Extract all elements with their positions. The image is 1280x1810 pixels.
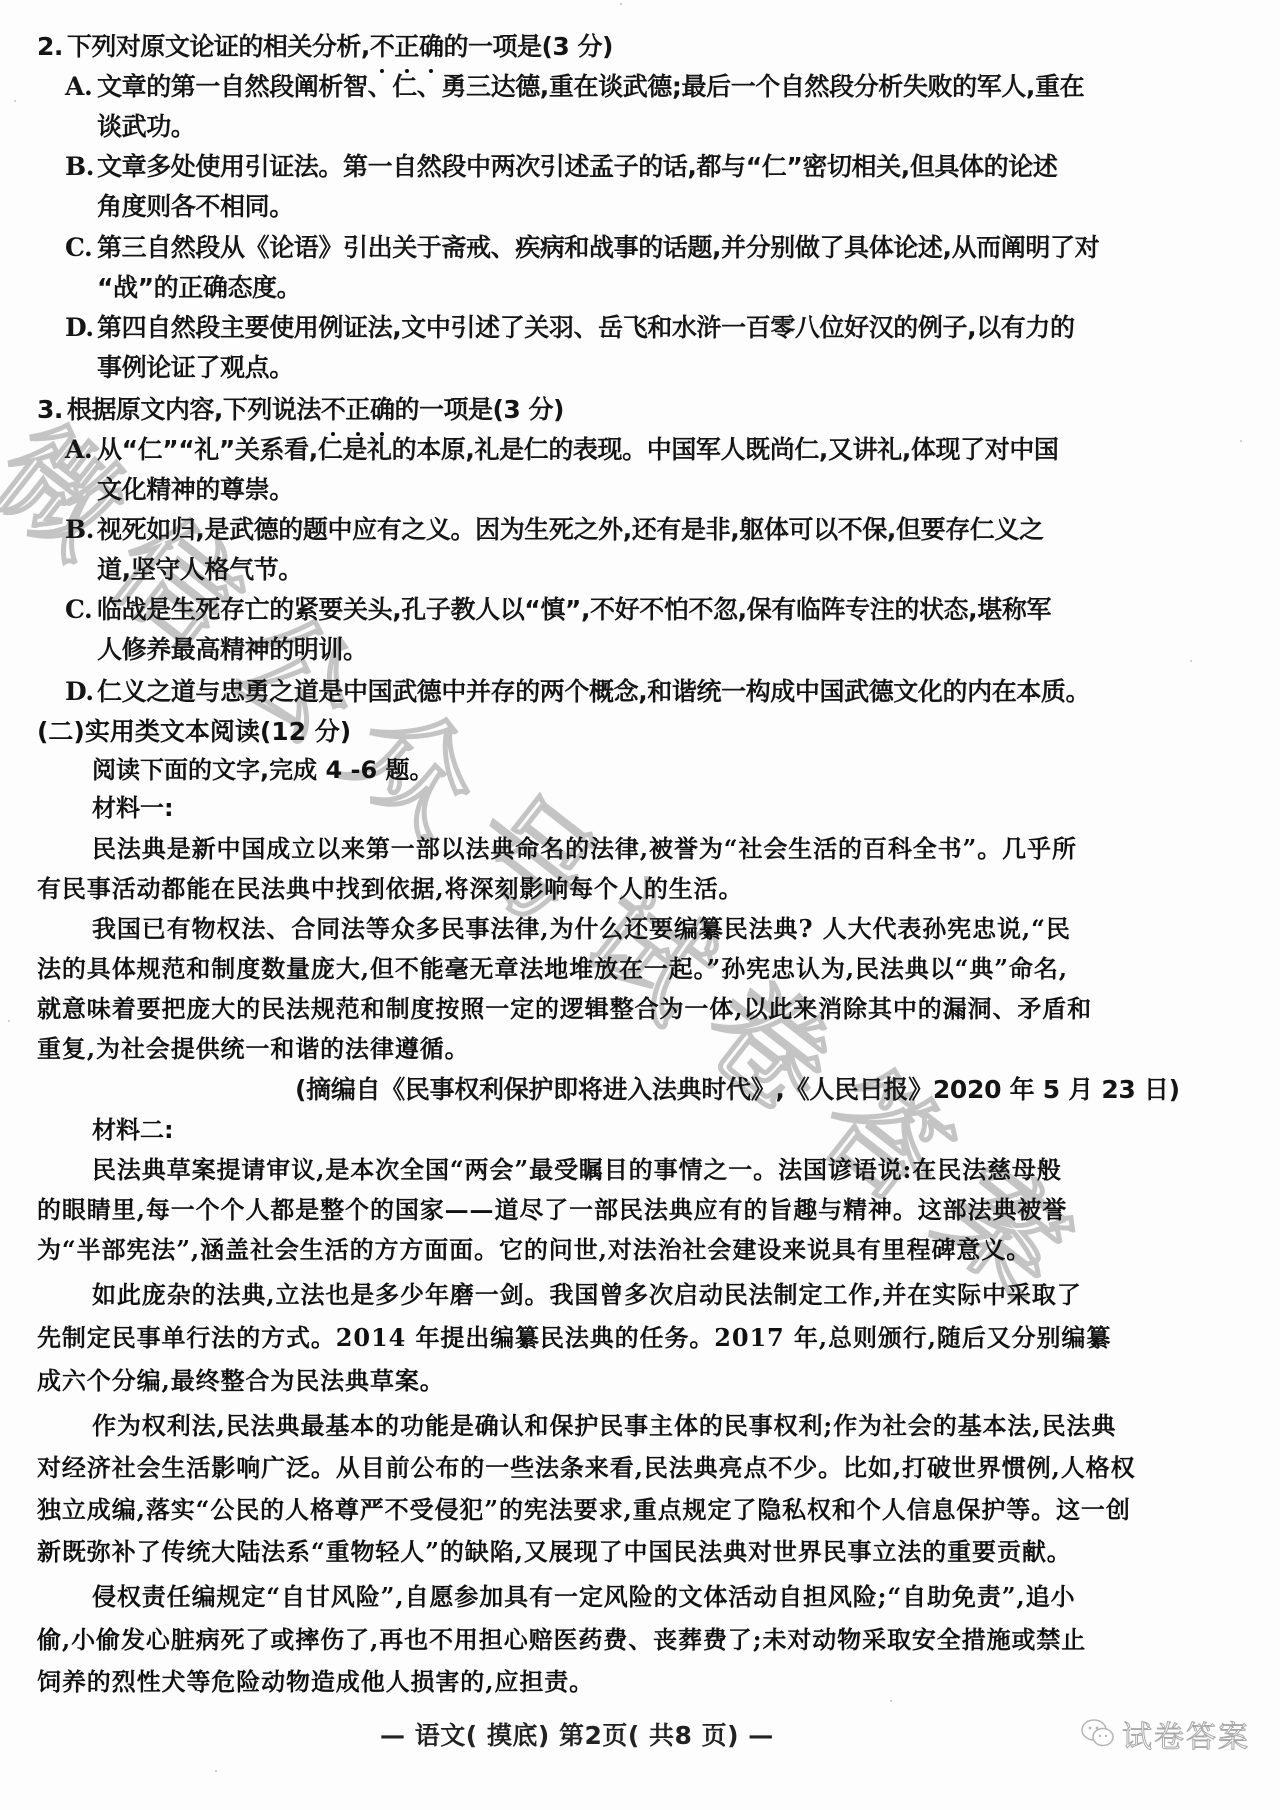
option-letter: C.: [65, 228, 97, 268]
question-number: 3.: [37, 395, 63, 424]
section-heading: (二)实用类文本阅读(12 分): [37, 712, 351, 752]
emphasis-char: 不: [370, 27, 395, 67]
emphasis-char: 不: [321, 390, 346, 430]
question-number: 2.: [37, 32, 63, 61]
material-1-paragraph-2-line: 我国已有物权法、合同法等众多民事法律,为什么还要编纂民法典? 人大代表孙宪忠说,…: [92, 909, 1071, 949]
material-1-paragraph-2-line: 重复,为社会提供统一和谐的法律遵循。: [37, 1029, 470, 1069]
option-letter: C.: [65, 590, 97, 630]
material-2-paragraph-1-line: 为“半部宪法”,涵盖社会生活的方方面面。它的问世,对法治社会建设来说具有里程碑意…: [37, 1230, 1031, 1270]
option-letter: A.: [65, 430, 97, 470]
material-2-paragraph-4-line: 侵权责任编规定“自甘风险”,自愿参加具有一定风险的文体活动自担风险;“自助免责”…: [92, 1577, 1076, 1617]
question-2-option-a: A.文章的第一自然段阐析智、仁、勇三达德,重在谈武德;最后一个自然段分析失败的军…: [65, 67, 1084, 107]
option-letter: D.: [65, 308, 97, 348]
material-2-paragraph-1-line: 的眼睛里,每一个个人都是整个的国家——道尽了一部民法典应有的旨趣与精神。这部法典…: [37, 1190, 1067, 1230]
material-2-paragraph-3-line: 作为权利法,民法典最基本的功能是确认和保护民事主体的民事权利;作为社会的基本法,…: [92, 1406, 1116, 1446]
material-2-paragraph-3-line: 独立成编,落实“公民的人格尊严不受侵犯”的宪法要求,重点规定了隐私权和个人信息保…: [37, 1490, 1131, 1530]
question-2-option-c: C.第三自然段从《论语》引出关于斋戒、疾病和战事的话题,并分别做了具体论述,从而…: [65, 228, 1099, 268]
material-2-paragraph-2-line: 成六个分编,最终整合为民法典草案。: [37, 1361, 445, 1401]
material-2-label: 材料二:: [92, 1110, 174, 1150]
question-3-stem: 3.根据原文内容,下列说法不正确的一项是(3 分): [37, 390, 564, 430]
option-continuation: 谈武功。: [97, 107, 195, 147]
question-3-option-b: B.视死如归,是武德的题中应有之义。因为生死之外,还有是非,躯体可以不保,但要存…: [65, 510, 1044, 550]
material-2-paragraph-2-line: 如此庞杂的法典,立法也是多少年磨一剑。我国曾多次启动民法制定工作,并在实际中采取…: [92, 1275, 1082, 1315]
material-1-paragraph-1-line: 民法典是新中国成立以来第一部以法典命名的法律,被誉为“社会生活的百科全书”。几乎…: [92, 829, 1077, 869]
question-3-option-d: D.仁义之道与忠勇之道是中国武德中并存的两个概念,和谐统一构成中国武德文化的内在…: [65, 672, 1090, 712]
option-continuation: 文化精神的尊崇。: [97, 470, 294, 510]
material-2-paragraph-4-line: 饲养的烈性犬等危险动物造成他人损害的,应担责。: [37, 1662, 594, 1702]
option-letter: B.: [65, 510, 97, 550]
option-continuation: “战”的正确态度。: [97, 268, 301, 308]
option-letter: B.: [65, 147, 97, 187]
option-continuation: 角度则各不相同。: [97, 187, 294, 227]
option-letter: D.: [65, 672, 97, 712]
option-letter: A.: [65, 67, 97, 107]
wechat-icon: [1080, 1718, 1116, 1750]
material-1-paragraph-1-line: 有民事活动都能在民法典中找到依据,将深刻影响每个人的生活。: [37, 869, 743, 909]
emphasis-char: 正: [345, 390, 370, 430]
emphasis-char: 确: [370, 390, 395, 430]
page-footer: — 语文( 摸底) 第2页( 共8 页) —: [380, 1716, 774, 1752]
material-1-paragraph-2-line: 法的具体规范和制度数量庞大,但不能毫无章法地堆放在一起。”孙宪忠认为,民法典以“…: [37, 949, 1068, 989]
brand-text: 试卷答案: [1122, 1712, 1250, 1756]
question-2-option-d: D.第四自然段主要使用例证法,文中引述了关羽、岳飞和水浒一百零八位好汉的例子,以…: [65, 308, 1075, 348]
section-instruction: 阅读下面的文字,完成 4 -6 题。: [92, 750, 434, 790]
option-continuation: 道,坚守人格气节。: [97, 550, 303, 590]
question-2-option-b: B.文章多处使用引证法。第一自然段中两次引述孟子的话,都与“仁”密切相关,但具体…: [65, 147, 1057, 187]
material-2-paragraph-3-line: 对经济社会生活影响广泛。从目前公布的一些法条来看,民法典亮点不少。比如,打破世界…: [37, 1448, 1135, 1488]
emphasis-char: 正: [394, 27, 419, 67]
emphasis-char: 确: [419, 27, 444, 67]
material-2-paragraph-2-line: 先制定民事单行法的方式。2014 年提出编纂民法典的任务。2017 年,总则颁行…: [37, 1318, 1111, 1358]
material-2-paragraph-4-line: 偷,小偷发心脏病死了或摔伤了,再也不用担心赔医药费、丧葬费了;未对动物采取安全措…: [37, 1620, 1086, 1660]
material-1-label: 材料一:: [92, 788, 174, 828]
exam-page: 微信公众号试卷答案 2.下列对原文论证的相关分析,不正确的一项是(3 分) A.…: [0, 0, 1280, 1810]
question-2-stem: 2.下列对原文论证的相关分析,不正确的一项是(3 分): [37, 27, 613, 67]
material-1-source: (摘编自《民事权利保护即将进入法典时代》,《人民日报》2020 年 5 月 23…: [295, 1070, 1180, 1110]
question-3-option-a: A.从“仁”“礼”关系看,仁是礼的本原,礼是仁的表现。中国军人既尚仁,又讲礼,体…: [65, 430, 1059, 470]
material-2-paragraph-3-line: 新既弥补了传统大陆法系“重物轻人”的缺陷,又展现了中国民法典对世界民事立法的重要…: [37, 1532, 1072, 1572]
brand-watermark: 试卷答案: [1080, 1712, 1250, 1756]
question-3-option-c: C.临战是生死存亡的紧要关头,孔子教人以“慎”,不好不怕不忽,保有临阵专注的状态…: [65, 590, 1051, 630]
option-continuation: 人修养最高精神的明训。: [97, 630, 368, 670]
material-2-paragraph-1-line: 民法典草案提请审议,是本次全国“两会”最受瞩目的事情之一。法国谚语说:在民法慈母…: [92, 1150, 1062, 1190]
material-1-paragraph-2-line: 就意味着要把庞大的民法规范和制度按照一定的逻辑整合为一体,以此来消除其中的漏洞、…: [37, 989, 1092, 1029]
option-continuation: 事例论证了观点。: [97, 348, 294, 388]
